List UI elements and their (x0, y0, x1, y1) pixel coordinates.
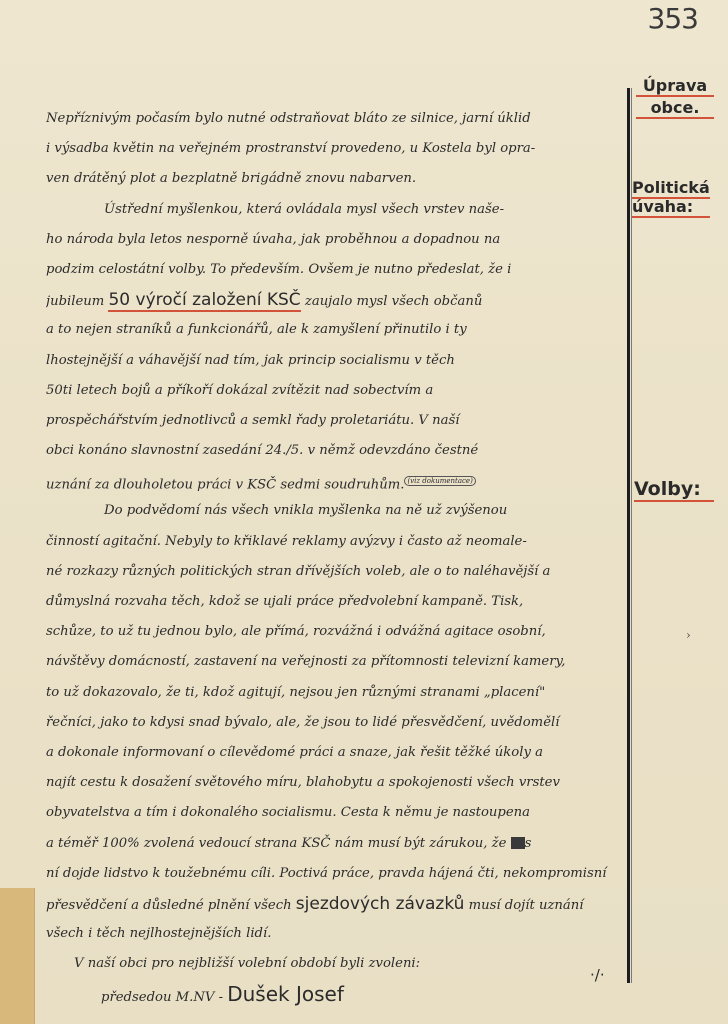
margin-heading-uprava-obce: Úprava obce. (636, 78, 714, 119)
margin-heading-line: Volby: (634, 480, 714, 502)
text-segment: musí dojít uznání (464, 898, 583, 913)
margin-rule (627, 88, 630, 983)
text-line: všech i těch nejlhostejnějších lidí. (46, 919, 626, 949)
text-line: obyvatelstva a tím i dokonalého socialis… (46, 798, 626, 828)
text-segment: předsedou M.NV - (101, 990, 227, 1005)
end-mark: ·/· (590, 966, 605, 984)
text-line: lhostejnější a váhavější nad tím, jak pr… (46, 346, 626, 376)
text-line: uznání za dlouholetou práci v KSČ sedmi … (46, 466, 626, 496)
text-line: návštěvy domácností, zastavení na veřejn… (46, 647, 626, 677)
documentation-note: (viz dokumentace) (404, 476, 475, 486)
text-line: i výsadba květin na veřejném prostranstv… (46, 134, 626, 164)
text-line: prospěchářstvím jednotlivců a semkl řady… (46, 406, 626, 436)
margin-heading-line: obce. (636, 100, 714, 119)
margin-heading-politicka-uvaha: Politická úvaha: (632, 180, 710, 218)
underlined-jubilee: 50 výročí založení KSČ (108, 290, 300, 312)
text-segment: s (525, 836, 532, 851)
page-number: 353 (648, 2, 698, 35)
text-line: důmyslná rozvaha těch, kdož se ujali prá… (46, 587, 626, 617)
margin-heading-line: Úprava (636, 78, 714, 97)
text-line: né rozkazy různých politických stran dří… (46, 557, 626, 587)
text-line: ven drátěný plot a bezplatně brigádně zn… (46, 164, 626, 194)
margin-rule-thin (631, 88, 632, 983)
text-line: najít cestu k dosažení světového míru, b… (46, 768, 626, 798)
text-line: předsedou M.NV - Dušek Josef (46, 979, 626, 1009)
text-line: Nepříznivým počasím bylo nutné odstraňov… (46, 104, 626, 134)
redaction-block (511, 837, 525, 849)
text-line: schůze, to už tu jednou bylo, ale přímá,… (46, 617, 626, 647)
text-line: V naší obci pro nejbližší volební období… (46, 949, 626, 979)
text-segment: jubileum (46, 294, 108, 309)
text-line: ho národa byla letos nesporně úvaha, jak… (46, 225, 626, 255)
text-line: podzim celostátní volby. To především. O… (46, 255, 626, 285)
elected-chairman-name: Dušek Josef (227, 982, 344, 1006)
paper-tab-strip (0, 888, 35, 1024)
text-segment: a téměř 100% zvolená vedoucí strana KSČ … (46, 836, 511, 851)
text-line: přesvědčení a důsledné plnění všech sjez… (46, 889, 626, 919)
emphasized-text: sjezdových závazků (296, 894, 465, 914)
margin-heading-line: úvaha: (632, 199, 710, 218)
text-line: a téměř 100% zvolená vedoucí strana KSČ … (46, 829, 626, 859)
text-line: řečníci, jako to kdysi snad bývalo, ale,… (46, 708, 626, 738)
text-segment: zaujalo mysl všech občanů (301, 294, 483, 309)
text-line: Ústřední myšlenkou, která ovládala mysl … (46, 195, 626, 225)
text-line: obci konáno slavnostní zasedání 24./5. v… (46, 436, 626, 466)
text-line: jubileum 50 výročí založení KSČ zaujalo … (46, 285, 626, 315)
text-line: a dokonale informovaní o cílevědomé prác… (46, 738, 626, 768)
text-segment: přesvědčení a důsledné plnění všech (46, 898, 296, 913)
text-line: ní dojde lidstvo k toužebnému cíli. Poct… (46, 859, 626, 889)
document-page: 353 Úprava obce. Politická úvaha: Volby:… (0, 0, 728, 1024)
text-line: a to nejen straníků a funkcionářů, ale k… (46, 315, 626, 345)
text-segment: uznání za dlouholetou práci v KSČ sedmi … (46, 478, 404, 493)
margin-heading-volby: Volby: (634, 480, 714, 502)
text-line: činností agitační. Nebyly to křiklavé re… (46, 527, 626, 557)
text-line: 50ti letech bojů a příkoří dokázal zvítě… (46, 376, 626, 406)
handwritten-body: Nepříznivým počasím bylo nutné odstraňov… (46, 104, 626, 1010)
ink-mark: › (686, 628, 691, 642)
text-line: to už dokazovalo, že ti, kdož agitují, n… (46, 678, 626, 708)
text-line: Do podvědomí nás všech vnikla myšlenka n… (46, 496, 626, 526)
